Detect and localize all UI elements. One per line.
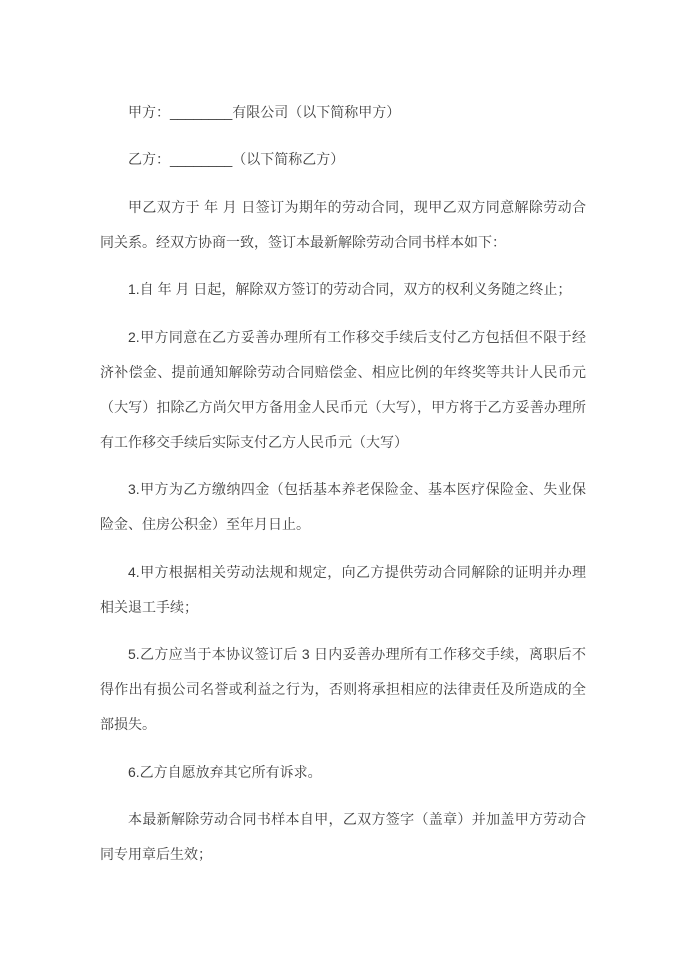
clause-3: 3.甲方为乙方缴纳四金（包括基本养老保险金、基本医疗保险金、失业保险金、住房公积…	[100, 472, 586, 542]
party-b-line: 乙方：________（以下简称乙方）	[100, 142, 586, 177]
clause-5: 5.乙方应当于本协议签订后 3 日内妥善办理所有工作移交手续，离职后不得作出有损…	[100, 637, 586, 742]
party-a-line: 甲方：________有限公司（以下简称甲方）	[100, 95, 586, 130]
contract-page: 甲方：________有限公司（以下简称甲方） 乙方：________（以下简称…	[0, 0, 690, 976]
clause-4: 4.甲方根据相关劳动法规和规定，向乙方提供劳动合同解除的证明并办理相关退工手续；	[100, 555, 586, 625]
intro-paragraph: 甲乙双方于 年 月 日签订为期年的劳动合同，现甲乙双方同意解除劳动合同关系。经双…	[100, 190, 586, 260]
closing-paragraph: 本最新解除劳动合同书样本自甲，乙双方签字（盖章）并加盖甲方劳动合同专用章后生效；	[100, 802, 586, 872]
clause-2: 2.甲方同意在乙方妥善办理所有工作移交手续后支付乙方包括但不限于经济补偿金、提前…	[100, 320, 586, 460]
clause-6: 6.乙方自愿放弃其它所有诉求。	[100, 755, 586, 790]
clause-1: 1.自 年 月 日起，解除双方签订的劳动合同，双方的权利义务随之终止；	[100, 272, 586, 307]
contract-body: 甲方：________有限公司（以下简称甲方） 乙方：________（以下简称…	[100, 0, 586, 885]
